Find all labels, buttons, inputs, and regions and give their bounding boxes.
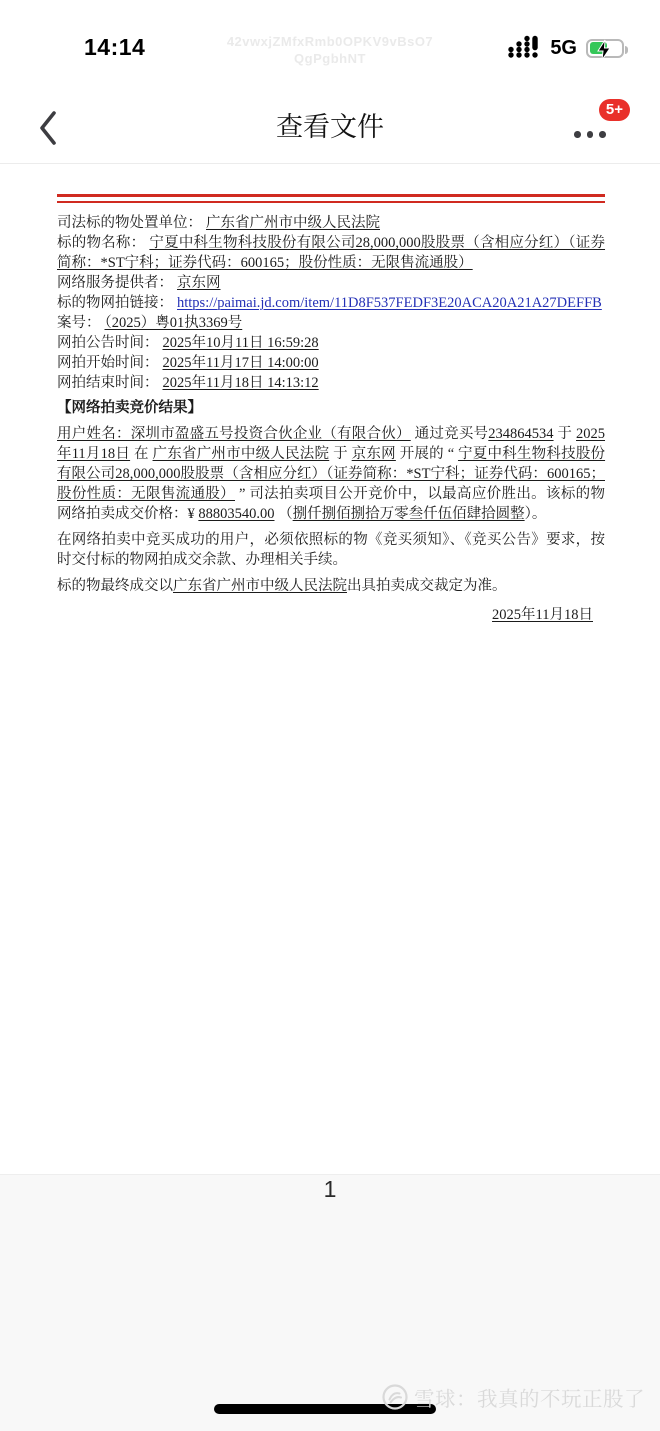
page-number: 1 — [0, 1176, 660, 1203]
signature-date-value: 2025年11月18日 — [492, 607, 593, 623]
doc-field-end-time: 网拍结束时间：2025年11月18日 14:13:12 — [57, 373, 605, 393]
field-label: 案号： — [57, 315, 101, 331]
status-indicators: 5G — [507, 33, 624, 63]
cellular-signal-icon — [507, 33, 541, 63]
page-title: 查看文件 — [0, 95, 660, 164]
field-label: 网拍公告时间： — [57, 335, 159, 351]
ellipsis-icon — [574, 131, 606, 138]
doc-field-service-provider: 网络服务提供者：京东网 — [57, 273, 605, 293]
result-paragraph: 用户姓名：深圳市盈盛五号投资合伙企业（有限合伙） 通过竞买号234864534 … — [57, 424, 605, 524]
battery-charging-icon — [586, 39, 624, 58]
notice-paragraph: 在网络拍卖中竞买成功的用户，必须依照标的物《竞买须知》、《竞买公告》要求，按时交… — [57, 530, 605, 570]
doc-field-case-number: 案号：（2025）粤01执3369号 — [57, 313, 605, 333]
doc-field-start-time: 网拍开始时间：2025年11月17日 14:00:00 — [57, 353, 605, 373]
field-value: 广东省广州市中级人民法院 — [206, 215, 380, 231]
doc-field-announce-time: 网拍公告时间：2025年10月11日 16:59:28 — [57, 333, 605, 353]
field-value: 京东网 — [177, 275, 221, 291]
document-scroll-area[interactable]: 司法标的物处置单位：广东省广州市中级人民法院 标的物名称：宁夏中科生物科技股份有… — [0, 164, 660, 1174]
field-label: 网拍结束时间： — [57, 375, 159, 391]
section-title-bid-result: 【网络拍卖竞价结果】 — [57, 398, 605, 418]
status-bar: 14:14 42vwxjZMfxRmb0OPKV9vBsO7 QgPgbhNT … — [0, 0, 660, 95]
network-type-label: 5G — [550, 37, 577, 60]
field-label: 网拍开始时间： — [57, 355, 159, 371]
field-value: 2025年11月18日 14:13:12 — [163, 375, 319, 391]
doc-field-court: 司法标的物处置单位：广东省广州市中级人民法院 — [57, 213, 605, 233]
signature-date: 2025年11月18日 — [57, 605, 605, 625]
watermark-text: 雪球：我真的不玩正股了 — [414, 1382, 645, 1412]
doc-field-subject-name: 标的物名称：宁夏中科生物科技股份有限公司28,000,000股股票（含相应分红）… — [57, 233, 605, 273]
app-watermark: 雪球：我真的不玩正股了 — [382, 1382, 645, 1412]
field-label: 网络服务提供者： — [57, 275, 173, 291]
notification-badge: 5+ — [599, 99, 630, 121]
final-paragraph: 标的物最终成交以广东省广州市中级人民法院出具拍卖成交裁定为准。 — [57, 576, 605, 596]
field-value: 2025年10月11日 16:59:28 — [163, 335, 319, 351]
doc-field-auction-link: 标的物网拍链接：https://paimai.jd.com/item/11D8F… — [57, 293, 605, 313]
nav-bar: 查看文件 5+ — [0, 95, 660, 164]
auction-link[interactable]: https://paimai.jd.com/item/11D8F537FEDF3… — [177, 295, 602, 311]
more-menu-button[interactable]: 5+ — [572, 113, 616, 149]
field-label: 标的物网拍链接： — [57, 295, 173, 311]
xueqiu-logo-icon — [382, 1384, 408, 1410]
document-red-rule — [57, 194, 605, 203]
field-value: 2025年11月17日 14:00:00 — [163, 355, 319, 371]
field-label: 标的物名称： — [57, 235, 145, 251]
field-value: （2025）粤01执3369号 — [105, 315, 243, 331]
phone-screen: 14:14 42vwxjZMfxRmb0OPKV9vBsO7 QgPgbhNT … — [0, 0, 660, 1431]
field-label: 司法标的物处置单位： — [57, 215, 202, 231]
